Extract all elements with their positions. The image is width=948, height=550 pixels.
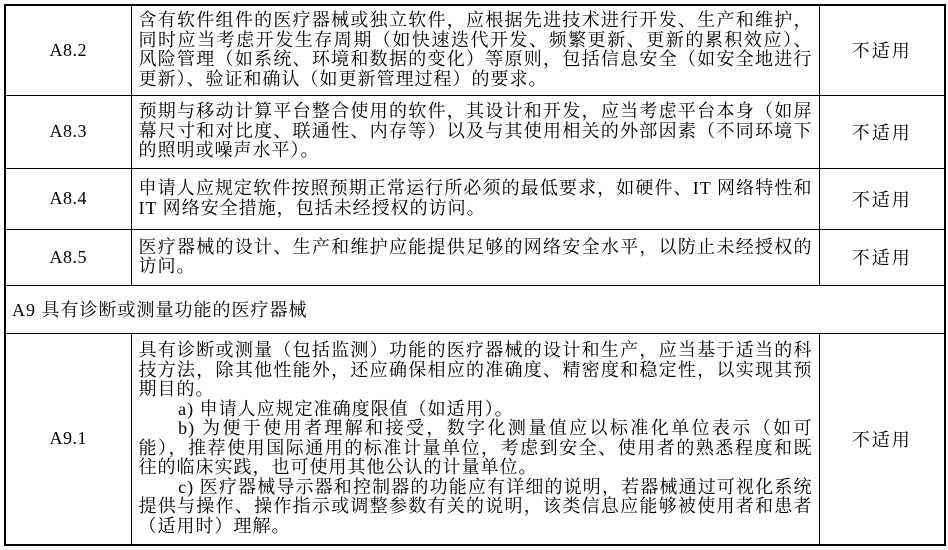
item-code: A9.1	[5, 333, 131, 545]
requirement-text: 具有诊断或测量（包括监测）功能的医疗器械的设计和生产，应当基于适当的科技方法，除…	[131, 333, 819, 545]
table-row-a8-5: A8.5 医疗器械的设计、生产和维护应能提供足够的网络安全水平，以防止未经授权的…	[5, 229, 945, 285]
item-code: A8.5	[5, 229, 131, 285]
section-header-row-a9: A9 具有诊断或测量功能的医疗器械	[5, 285, 945, 333]
table-row-a8-4: A8.4 申请人应规定软件按照预期正常运行所必须的最低要求，如硬件、IT 网络特…	[5, 168, 945, 229]
table-row-a9-1: A9.1 具有诊断或测量（包括监测）功能的医疗器械的设计和生产，应当基于适当的科…	[5, 333, 945, 545]
table-row-a8-2: A8.2 含有软件组件的医疗器械或独立软件，应根据先进技术进行开发、生产和维护，…	[5, 5, 945, 95]
requirement-text: 含有软件组件的医疗器械或独立软件，应根据先进技术进行开发、生产和维护，同时应当考…	[131, 5, 819, 95]
table-row-a8-3: A8.3 预期与移动计算平台整合使用的软件，其设计和开发，应当考虑平台本身（如屏…	[5, 95, 945, 168]
requirement-text: 医疗器械的设计、生产和维护应能提供足够的网络安全水平，以防止未经授权的访问。	[131, 229, 819, 285]
section-header-a9: A9 具有诊断或测量功能的医疗器械	[5, 285, 945, 333]
requirement-paragraph-b: b) 为便于使用者理解和接受，数字化测量值应以标准化单位表示（如可能），推荐使用…	[139, 419, 813, 478]
requirement-text: 申请人应规定软件按照预期正常运行所必须的最低要求，如硬件、IT 网络特性和 IT…	[131, 168, 819, 229]
status-value: 不适用	[819, 95, 945, 168]
item-code: A8.3	[5, 95, 131, 168]
requirement-paragraph-c: c) 医疗器械导示器和控制器的功能应有详细的说明，若器械通过可视化系统提供与操作…	[139, 478, 813, 537]
status-value: 不适用	[819, 229, 945, 285]
requirement-paragraph: 具有诊断或测量（包括监测）功能的医疗器械的设计和生产，应当基于适当的科技方法，除…	[139, 341, 813, 400]
requirements-table: A8.2 含有软件组件的医疗器械或独立软件，应根据先进技术进行开发、生产和维护，…	[4, 4, 946, 546]
item-code: A8.4	[5, 168, 131, 229]
requirement-paragraph-a: a) 申请人应规定准确度限值（如适用）。	[139, 400, 813, 420]
status-value: 不适用	[819, 5, 945, 95]
status-value: 不适用	[819, 333, 945, 545]
item-code: A8.2	[5, 5, 131, 95]
status-value: 不适用	[819, 168, 945, 229]
requirement-text: 预期与移动计算平台整合使用的软件，其设计和开发，应当考虑平台本身（如屏幕尺寸和对…	[131, 95, 819, 168]
